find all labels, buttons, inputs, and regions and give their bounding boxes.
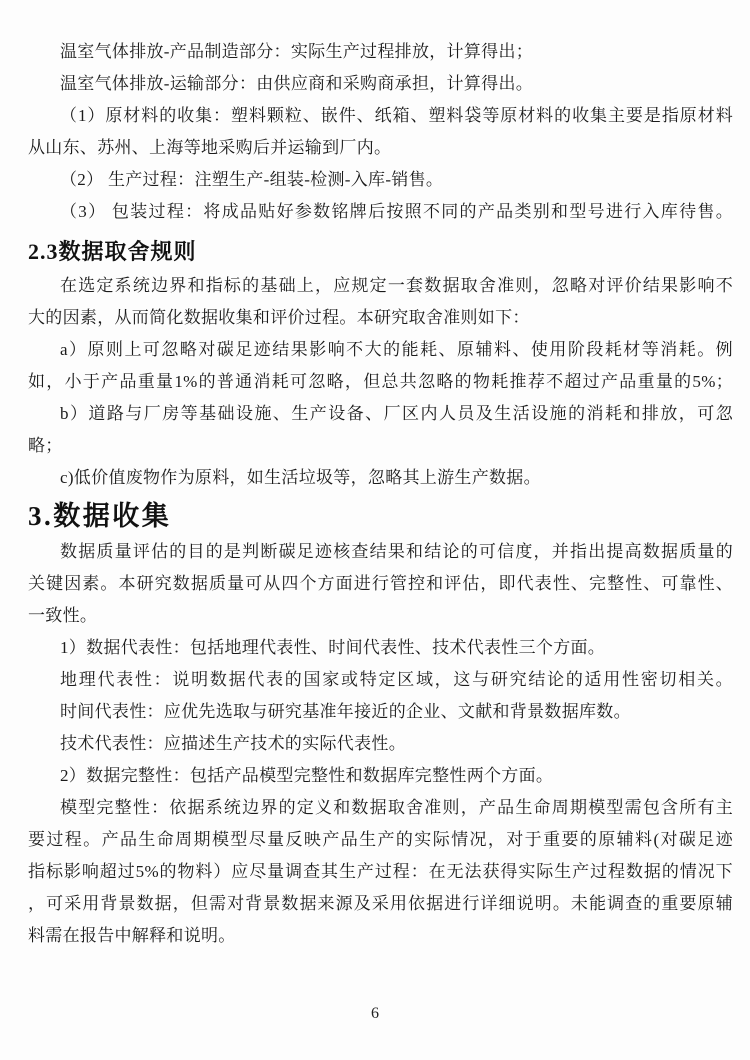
body-text-line: b）道路与厂房等基础设施、生产设备、厂区内人员及生活设施的消耗和排放，可忽	[28, 398, 733, 430]
body-text-line: 地理代表性：说明数据代表的国家或特定区域，这与研究结论的适用性密切相关。	[28, 664, 733, 696]
body-text-line: 一致性。	[28, 600, 733, 632]
body-text-line: 从山东、苏州、上海等地采购后并运输到厂内。	[28, 132, 733, 164]
body-text-line: 数据质量评估的目的是判断碳足迹核查结果和结论的可信度，并指出提高数据质量的	[28, 536, 733, 568]
body-text-line: 大的因素，从而简化数据收集和评价过程。本研究取舍准则如下：	[28, 302, 733, 334]
body-text-line: 在选定系统边界和指标的基础上，应规定一套数据取舍准则，忽略对评价结果影响不	[28, 270, 733, 302]
section-heading-2-3: 2.3数据取舍规则	[28, 234, 733, 270]
body-text-line: 略；	[28, 430, 733, 462]
body-text-line: 如，小于产品重量1%的普通消耗可忽略，但总共忽略的物耗推荐不超过产品重量的5%；	[28, 366, 733, 398]
body-text-line: 温室气体排放-产品制造部分：实际生产过程排放，计算得出；	[28, 36, 733, 68]
section-heading-3: 3.数据收集	[28, 496, 733, 536]
body-text-line: 指标影响超过5%的物料）应尽量调查其生产过程：在无法获得实际生产过程数据的情况下	[28, 856, 733, 888]
body-text-line: 2）数据完整性：包括产品模型完整性和数据库完整性两个方面。	[28, 760, 733, 792]
body-text-line: （1）原材料的收集：塑料颗粒、嵌件、纸箱、塑料袋等原材料的收集主要是指原材料	[28, 100, 733, 132]
body-text-line: 技术代表性：应描述生产技术的实际代表性。	[28, 728, 733, 760]
body-text-line: ，可采用背景数据，但需对背景数据来源及采用依据进行详细说明。未能调查的重要原辅	[28, 888, 733, 920]
body-text-line: 1）数据代表性：包括地理代表性、时间代表性、技术代表性三个方面。	[28, 632, 733, 664]
body-text-line: （3） 包装过程：将成品贴好参数铭牌后按照不同的产品类别和型号进行入库待售。	[28, 196, 733, 228]
body-text-line: （2） 生产过程：注塑生产-组装-检测-入库-销售。	[28, 164, 733, 196]
page-number: 6	[0, 1002, 750, 1026]
body-text-line: 料需在报告中解释和说明。	[28, 920, 733, 952]
body-text-line: 模型完整性：依据系统边界的定义和数据取舍准则，产品生命周期模型需包含所有主	[28, 792, 733, 824]
body-text-line: 关键因素。本研究数据质量可从四个方面进行管控和评估，即代表性、完整性、可靠性、	[28, 568, 733, 600]
body-text-line: a）原则上可忽略对碳足迹结果影响不大的能耗、原辅料、使用阶段耗材等消耗。例	[28, 334, 733, 366]
document-page: 温室气体排放-产品制造部分：实际生产过程排放，计算得出； 温室气体排放-运输部分…	[0, 0, 750, 1060]
document-content: 温室气体排放-产品制造部分：实际生产过程排放，计算得出； 温室气体排放-运输部分…	[28, 36, 733, 952]
body-text-line: 时间代表性：应优先选取与研究基准年接近的企业、文献和背景数据库数。	[28, 696, 733, 728]
body-text-line: c)低价值废物作为原料，如生活垃圾等，忽略其上游生产数据。	[28, 462, 733, 494]
body-text-line: 温室气体排放-运输部分：由供应商和采购商承担，计算得出。	[28, 68, 733, 100]
body-text-line: 要过程。产品生命周期模型尽量反映产品生产的实际情况，对于重要的原辅料(对碳足迹	[28, 824, 733, 856]
